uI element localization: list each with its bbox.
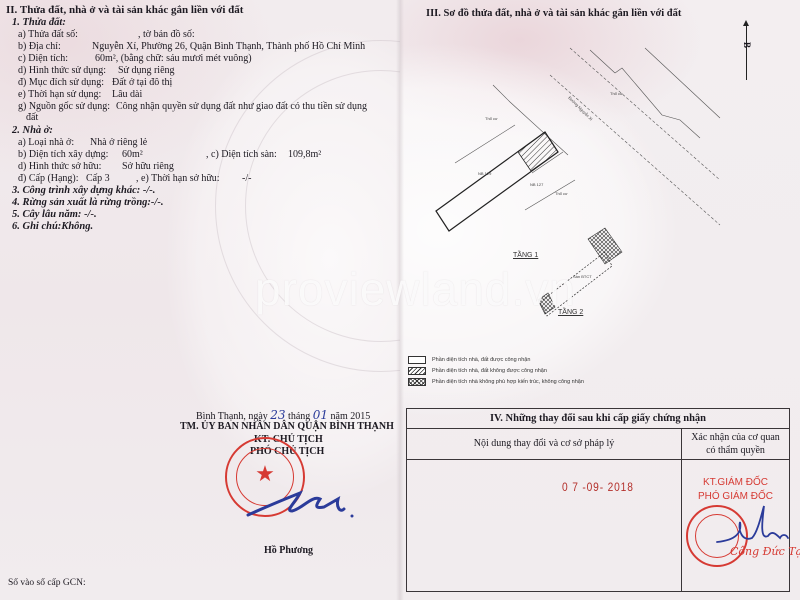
crosshatch-swatch-icon <box>408 378 426 386</box>
section-ii-heading: II. Thửa đất, nhà ở và tài sản khác gắn … <box>6 4 243 16</box>
registry-number-label: Số vào sổ cấp GCN: <box>8 578 86 588</box>
issuing-org: TM. ỦY BAN NHÂN DÂN QUẬN BÌNH THẠNH <box>180 421 400 432</box>
confirm-signer-name: Công Đức Tạo <box>730 545 800 558</box>
land-row-use-form: d) Hình thức sử dụng: Sử dụng riêng <box>18 65 106 76</box>
land-row-address: b) Địa chỉ: Nguyễn Xí, Phường 26, Quận B… <box>18 41 61 52</box>
changes-col-confirm-header: Xác nhận của cơ quan có thẩm quyền <box>682 428 789 460</box>
house-row-area: b) Diện tích xây dựng: 60m² , c) Diện tí… <box>18 149 108 160</box>
place-date-line: Bình Thạnh, ngày 23 tháng 01 năm 2015 <box>196 408 370 422</box>
land-row-origin: g) Nguồn gốc sử dụng: Công nhận quyền sử… <box>18 101 110 112</box>
land-section-title: 1. Thửa đất: <box>12 17 66 28</box>
other-item-perennial: 5. Cây lâu năm: -/-. <box>12 209 97 220</box>
land-row-term: e) Thời hạn sử dụng: Lâu dài <box>18 89 101 100</box>
handwritten-month: 01 <box>313 408 328 422</box>
changes-col-content-header: Nội dung thay đổi và cơ sở pháp lý <box>407 428 682 460</box>
signer-name: Hồ Phương <box>264 545 313 556</box>
legend-item-nonconforming: Phần diện tích nhà không phù hợp kiến tr… <box>408 376 584 387</box>
svg-text:NB 129: NB 129 <box>478 171 492 176</box>
handwritten-day: 23 <box>270 408 285 422</box>
other-item-construction: 3. Công trình xây dựng khác: -/-. <box>12 185 155 196</box>
handwritten-signature <box>240 485 360 525</box>
diagram-legend: Phần diện tích nhà, đất được công nhận P… <box>408 354 584 387</box>
svg-text:Thổ cư: Thổ cư <box>485 116 498 121</box>
section-iii-heading: III. Sơ đồ thửa đất, nhà ở và tài sản kh… <box>426 8 681 19</box>
changes-table: IV. Những thay đổi sau khi cấp giấy chứn… <box>406 408 790 592</box>
legend-item-recognized: Phần diện tích nhà, đất được công nhận <box>408 354 584 365</box>
svg-text:Thổ cư: Thổ cư <box>610 91 623 96</box>
changes-table-title: IV. Những thay đổi sau khi cấp giấy chứn… <box>407 409 789 429</box>
land-row-area: c) Diện tích: 60m², (bằng chữ: sáu mươi … <box>18 53 68 64</box>
svg-text:NB 127: NB 127 <box>530 182 544 187</box>
confirm-title: KT.GIÁM ĐỐC PHÓ GIÁM ĐỐC <box>682 476 789 504</box>
changes-confirm-cell: KT.GIÁM ĐỐC PHÓ GIÁM ĐỐC Công Đức Tạo <box>682 460 789 591</box>
legend-item-not-recognized: Phần diện tích nhà, đất không được công … <box>408 365 584 376</box>
change-date-stamp: 0 7 -09- 2018 <box>562 480 634 494</box>
land-row-purpose: đ) Mục đích sử dụng: Đất ở tại đô thị <box>18 77 104 88</box>
blank-swatch-icon <box>408 356 426 364</box>
house-section-title: 2. Nhà ở: <box>12 125 53 136</box>
svg-text:Đường Nguyễn Xí: Đường Nguyễn Xí <box>567 95 594 122</box>
changes-content-cell: 0 7 -09- 2018 <box>407 460 682 591</box>
watermark-emblem-ring <box>215 40 400 372</box>
house-row-type: a) Loại nhà ở: Nhà ở riêng lẻ <box>18 137 74 148</box>
other-item-forest: 4. Rừng sản xuất là rừng trồng:-/-. <box>12 197 163 208</box>
house-row-grade: đ) Cấp (Hạng): Cấp 3 , e) Thời hạn sở hữ… <box>18 173 79 184</box>
floor-1-label: TẦNG 1 <box>513 252 538 259</box>
house-row-ownership: d) Hình thức sở hữu: Sở hữu riêng <box>18 161 101 172</box>
other-item-note: 6. Ghi chú:Không. <box>12 221 93 232</box>
land-row-origin-cont: đất <box>26 112 38 123</box>
hatch-swatch-icon <box>408 367 426 375</box>
svg-text:Thổ cư: Thổ cư <box>555 191 568 196</box>
watermark-text: proviewland.vn <box>255 262 576 316</box>
land-row-parcel: a) Thửa đất số: , tờ bản đồ số: <box>18 29 78 40</box>
